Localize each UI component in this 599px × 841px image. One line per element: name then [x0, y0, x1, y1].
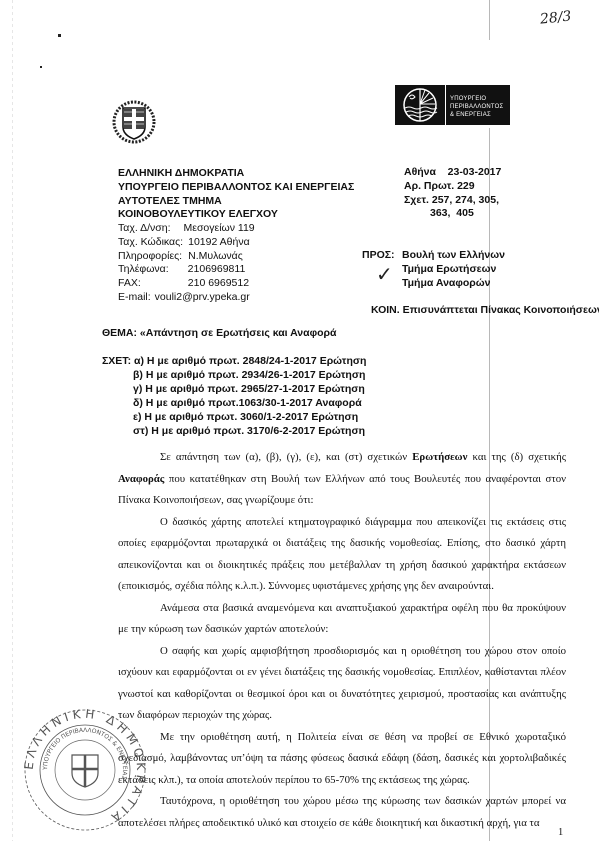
reference-item: δ) Η με αριθμό πρωτ.1063/30-1-2017 Αναφο…: [102, 397, 366, 411]
body-text-bold: Αναφοράς: [118, 473, 164, 485]
document-meta: Αθήνα 23-03-2017 Αρ. Πρωτ. 229 Σχετ. 257…: [404, 166, 501, 221]
reference-item: στ) Η με αριθμό πρωτ. 3170/6-2-2017 Ερώτ…: [102, 425, 366, 439]
contact-block: Ταχ. Δ/νση:Μεσογείων 119 Ταχ. Κώδικας:10…: [118, 222, 255, 305]
contact-label: Ταχ. Κώδικας:: [118, 236, 183, 250]
reference-item: γ) Η με αριθμό πρωτ. 2965/27-1-2017 Ερώτ…: [102, 383, 366, 397]
reference-item: ΣΧΕΤ: α) Η με αριθμό πρωτ. 2848/24-1-201…: [102, 355, 366, 369]
body-text: και της (δ) σχετικής: [467, 451, 566, 463]
ministry-logo: ΥΠΟΥΡΓΕΙΟ ΠΕΡΙΒΑΛΛΟΝΤΟΣ & ΕΝΕΡΓΕΙΑΣ: [395, 85, 510, 125]
fold-line: [489, 0, 490, 40]
scan-speck: [40, 66, 42, 68]
contact-label: E-mail:: [118, 291, 151, 305]
place-date: Αθήνα 23-03-2017: [404, 166, 501, 180]
logo-line: ΠΕΡΙΒΑΛΛΟΝΤΟΣ: [450, 103, 510, 111]
handwritten-note: 28/3: [539, 8, 572, 27]
checkmark-icon: ✓: [376, 262, 393, 286]
body-paragraph: Ο σαφής και χωρίς αμφισβήτηση προσδιορισ…: [118, 641, 566, 727]
scan-edge-artifact: [12, 0, 13, 841]
protocol-number: Αρ. Πρωτ. 229: [404, 180, 501, 194]
reference-item: ε) Η με αριθμό πρωτ. 3060/1-2-2017 Ερώτη…: [102, 411, 366, 425]
references-label: ΣΧΕΤ:: [102, 355, 131, 367]
contact-address: Ταχ. Δ/νση:Μεσογείων 119: [118, 222, 255, 236]
logo-line: ΥΠΟΥΡΓΕΙΟ: [450, 95, 510, 103]
logo-line: & ΕΝΕΡΓΕΙΑΣ: [450, 111, 510, 119]
contact-value: 10192 Αθήνα: [188, 236, 250, 250]
header-line: ΕΛΛΗΝΙΚΗ ΔΗΜΟΚΡΑΤΙΑ: [118, 167, 354, 181]
letter-body: Σε απάντηση των (α), (β), (γ), (ε), και …: [118, 447, 566, 834]
email-link[interactable]: vouli2@prv.ypeka.gr: [155, 291, 250, 305]
header-line: ΥΠΟΥΡΓΕΙΟ ΠΕΡΙΒΑΛΛΟΝΤΟΣ ΚΑΙ ΕΝΕΡΓΕΙΑΣ: [118, 181, 354, 195]
reference-text: α) Η με αριθμό πρωτ. 2848/24-1-2017 Ερώτ…: [134, 355, 366, 367]
contact-value: Μεσογείων 119: [184, 222, 255, 236]
related-numbers-cont: 363, 405: [404, 207, 501, 221]
logo-text: ΥΠΟΥΡΓΕΙΟ ΠΕΡΙΒΑΛΛΟΝΤΟΣ & ΕΝΕΡΓΕΙΑΣ: [445, 85, 510, 125]
body-paragraph: Ο δασικός χάρτης αποτελεί κτηματογραφικό…: [118, 512, 566, 598]
body-paragraph: Ανάμεσα στα βασικά αναμενόμενα και αναπτ…: [118, 598, 566, 641]
recipient-line: Βουλή των Ελλήνων: [402, 249, 505, 261]
header-line: ΚΟΙΝΟΒΟΥΛΕΥΤΙΚΟΥ ΕΛΕΓΧΟΥ: [118, 208, 354, 222]
page-number: 1: [558, 827, 563, 838]
contact-postcode: Ταχ. Κώδικας:10192 Αθήνα: [118, 236, 255, 250]
scan-speck: [58, 34, 61, 37]
body-text-bold: Ερωτήσεων: [412, 451, 467, 463]
contact-label: FAX:: [118, 277, 141, 291]
greek-coat-of-arms-icon: [111, 99, 157, 145]
body-paragraph: Με την οριοθέτηση αυτή, η Πολιτεία είναι…: [118, 727, 566, 792]
header-line: ΑΥΤΟΤΕΛΕΣ ΤΜΗΜΑ: [118, 195, 354, 209]
contact-fax: FAX:210 6969512: [118, 277, 255, 291]
sender-header: ΕΛΛΗΝΙΚΗ ΔΗΜΟΚΡΑΤΙΑ ΥΠΟΥΡΓΕΙΟ ΠΕΡΙΒΑΛΛΟΝ…: [118, 167, 354, 222]
related-numbers: Σχετ. 257, 274, 305,: [404, 194, 501, 208]
references-block: ΣΧΕΤ: α) Η με αριθμό πρωτ. 2848/24-1-201…: [102, 355, 366, 438]
contact-value: 2106969811: [188, 263, 246, 277]
reference-item: β) Η με αριθμό πρωτ. 2934/26-1-2017 Ερώτ…: [102, 369, 366, 383]
body-text: που κατατέθηκαν στη Βουλή των Ελλήνων απ…: [118, 473, 566, 507]
contact-label: Τηλέφωνα:: [118, 263, 169, 277]
body-text: Σε απάντηση των (α), (β), (γ), (ε), και …: [160, 451, 412, 463]
koin-note: ΚΟΙΝ. Επισυνάπτεται Πίνακας Κοινοποιήσεω…: [371, 304, 599, 316]
body-paragraph: Ταυτόχρονα, η οριοθέτηση του χώρου μέσω …: [118, 791, 566, 834]
recipient-label: ΠΡΟΣ:: [362, 249, 402, 263]
contact-value: Ν.Μυλωνάς: [188, 250, 243, 264]
body-paragraph: Σε απάντηση των (α), (β), (γ), (ε), και …: [118, 447, 566, 512]
contact-phone: Τηλέφωνα:2106969811: [118, 263, 255, 277]
contact-info: Πληροφορίες:Ν.Μυλωνάς: [118, 250, 255, 264]
official-stamp-icon: ΕΛΛΗΝΙΚΗ ΔΗΜΟΚΡΑΤΙΑ ΥΠΟΥΡΓΕΙΟ ΠΕΡΙΒΑΛΛΟΝ…: [20, 705, 150, 835]
contact-value: 210 6969512: [188, 277, 249, 291]
environment-emblem-icon: [395, 85, 445, 125]
subject-line: ΘΕΜΑ: «Απάντηση σε Ερωτήσεις και Αναφορά: [102, 327, 336, 339]
contact-email: E-mail:vouli2@prv.ypeka.gr: [118, 291, 255, 305]
contact-label: Πληροφορίες:: [118, 250, 182, 264]
contact-label: Ταχ. Δ/νση:: [118, 222, 171, 236]
